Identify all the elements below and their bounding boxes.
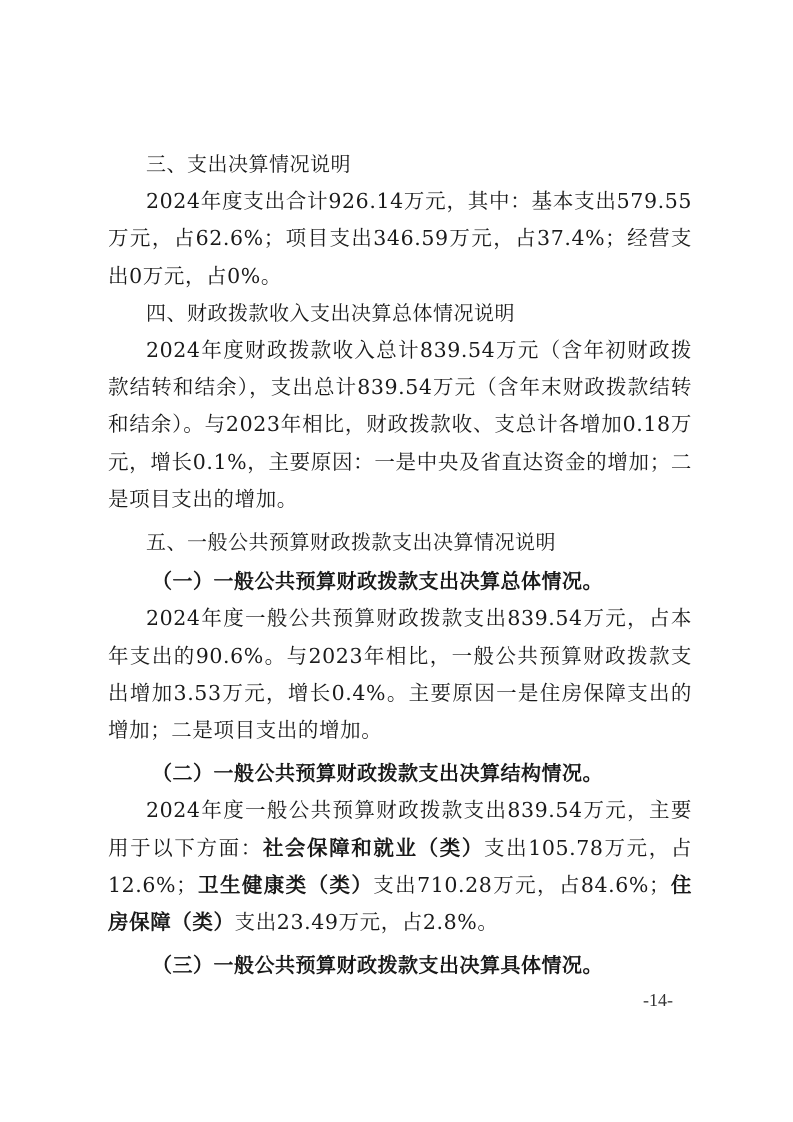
paragraph-general-budget-structure: 2024年度一般公共预算财政拨款支出839.54万元，主要用于以下方面：社会保障… xyxy=(108,792,692,941)
page-number: -14- xyxy=(643,990,673,1011)
category-social-security: 社会保障和就业（类） xyxy=(263,836,484,860)
section-heading-general-budget: 五、一般公共预算财政拨款支出决算情况说明 xyxy=(108,524,692,561)
category-housing-amount: 支出23.49万元，占2.8%。 xyxy=(235,910,499,934)
paragraph-general-budget-overall: 2024年度一般公共预算财政拨款支出839.54万元，占本年支出的90.6%。与… xyxy=(108,600,692,749)
subsection-heading-structure: （二）一般公共预算财政拨款支出决算结构情况。 xyxy=(114,755,698,792)
section-heading-fiscal-overall: 四、财政拨款收入支出决算总体情况说明 xyxy=(108,295,692,332)
paragraph-expenditure-summary: 2024年度支出合计926.14万元，其中：基本支出579.55万元，占62.6… xyxy=(108,183,692,295)
document-page: 三、支出决算情况说明 2024年度支出合计926.14万元，其中：基本支出579… xyxy=(108,146,692,984)
section-heading-expenditure: 三、支出决算情况说明 xyxy=(108,146,692,183)
category-health-amount: 支出710.28万元，占84.6%； xyxy=(373,873,670,897)
subsection-heading-details: （三）一般公共预算财政拨款支出决算具体情况。 xyxy=(114,947,698,984)
subsection-heading-overall: （一）一般公共预算财政拨款支出决算总体情况。 xyxy=(114,563,698,600)
category-health: 卫生健康类（类） xyxy=(197,873,373,897)
paragraph-fiscal-overall: 2024年度财政拨款收入总计839.54万元（含年初财政拨款结转和结余），支出总… xyxy=(108,332,692,518)
